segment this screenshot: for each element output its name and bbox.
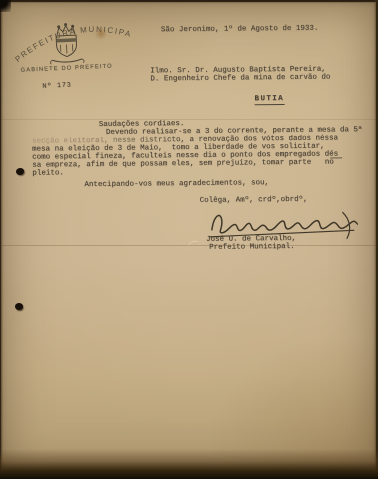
body-line: Antecipando-vos meus agradecimentos, sou… — [84, 179, 269, 189]
scanned-letter: PREFEITURA MUNICIPAL GABINETE DO PREFEIT… — [0, 0, 378, 479]
stain — [95, 27, 107, 40]
valediction: Colêga, Amº, crdº,obrdº, — [200, 196, 308, 205]
letter-content: PREFEITURA MUNICIPAL GABINETE DO PREFEIT… — [0, 0, 378, 479]
dateline: São Jeronimo, 1º de Agosto de 1933. — [161, 25, 319, 35]
scan-edge-bottom — [0, 449, 378, 479]
letterhead: PREFEITURA MUNICIPAL GABINETE DO PREFEIT… — [8, 12, 142, 102]
recipient-place: BUTIA — [254, 95, 284, 105]
scan-edge-left — [0, 0, 3, 479]
crease-line — [0, 119, 378, 120]
body-line: pleito. — [32, 169, 64, 177]
hyphen-underline — [330, 157, 342, 158]
scan-edge-top — [0, 0, 378, 3]
corner-mark — [0, 0, 11, 12]
letter-number: Nº 173 — [42, 81, 72, 90]
scan-edge-right — [374, 0, 378, 479]
recipient-line-2: D. Engenheiro Chefe da mina de carvão do — [150, 74, 330, 84]
punch-hole — [16, 168, 24, 175]
